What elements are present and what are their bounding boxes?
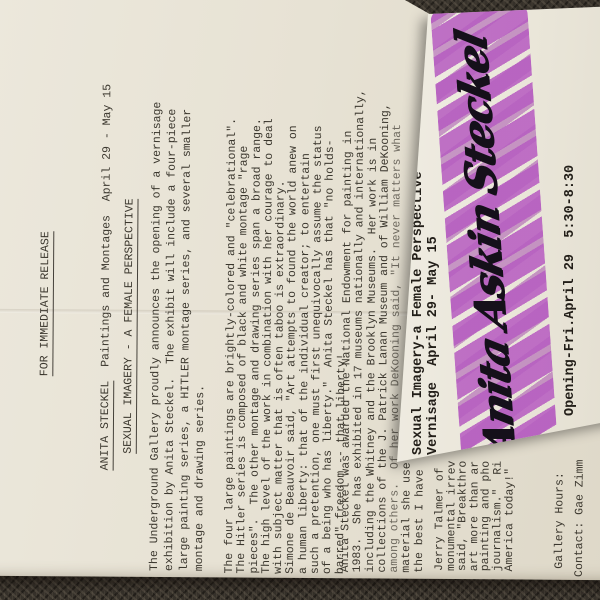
announcement-card-face: Sexual Imagery-a Female Perspective Vern… [390,0,600,476]
exhibit-title-line: ANITA STECKEL Paintings and Montages Apr… [85,84,127,526]
card-opening-line: Opening-Fri.April 29 5:30-8:30 [563,165,578,416]
text-line-truncated-by-card: America today!" [504,461,516,572]
photo-of-press-release: FOR IMMEDIATE RELEASE ANITA STECKEL Pain… [0,0,600,600]
paragraph-4: Jerry Talmer of monumental irrev said, "… [434,460,516,571]
exhibit-subtitle-text: SEXUAL IMAGERY - A FEMALE PERSPECTIVE [122,198,139,453]
announcement-card: Sexual Imagery-a Female Perspective Vern… [390,0,600,476]
gallery-hours-label: Gallery Hours: [553,472,567,569]
paragraph-2: The four large paintings are brightly-co… [224,118,350,574]
card-title-block: Sexual Imagery-a Female Perspective Vern… [411,171,441,455]
exhibit-subtitle: SEXUAL IMAGERY - A FEMALE PERSPECTIVE [122,198,137,453]
card-dates-line: Vernisage April 29- May 15 [426,171,441,455]
exhibit-title-rest: Paintings and Montages April 29 - May 15 [99,84,114,381]
paragraph-1: The Underground Gallery proudly announce… [147,102,210,572]
card-title-line: Sexual Imagery-a Female Perspective [411,171,426,455]
announcement-card-text: Sexual Imagery-a Female Perspective Vern… [390,0,600,476]
release-header: FOR IMMEDIATE RELEASE [38,231,52,376]
artist-name: ANITA STECKEL [99,381,115,471]
release-header-text: FOR IMMEDIATE RELEASE [38,231,54,376]
contact-line: Contact: Gae Zimm [573,460,587,577]
